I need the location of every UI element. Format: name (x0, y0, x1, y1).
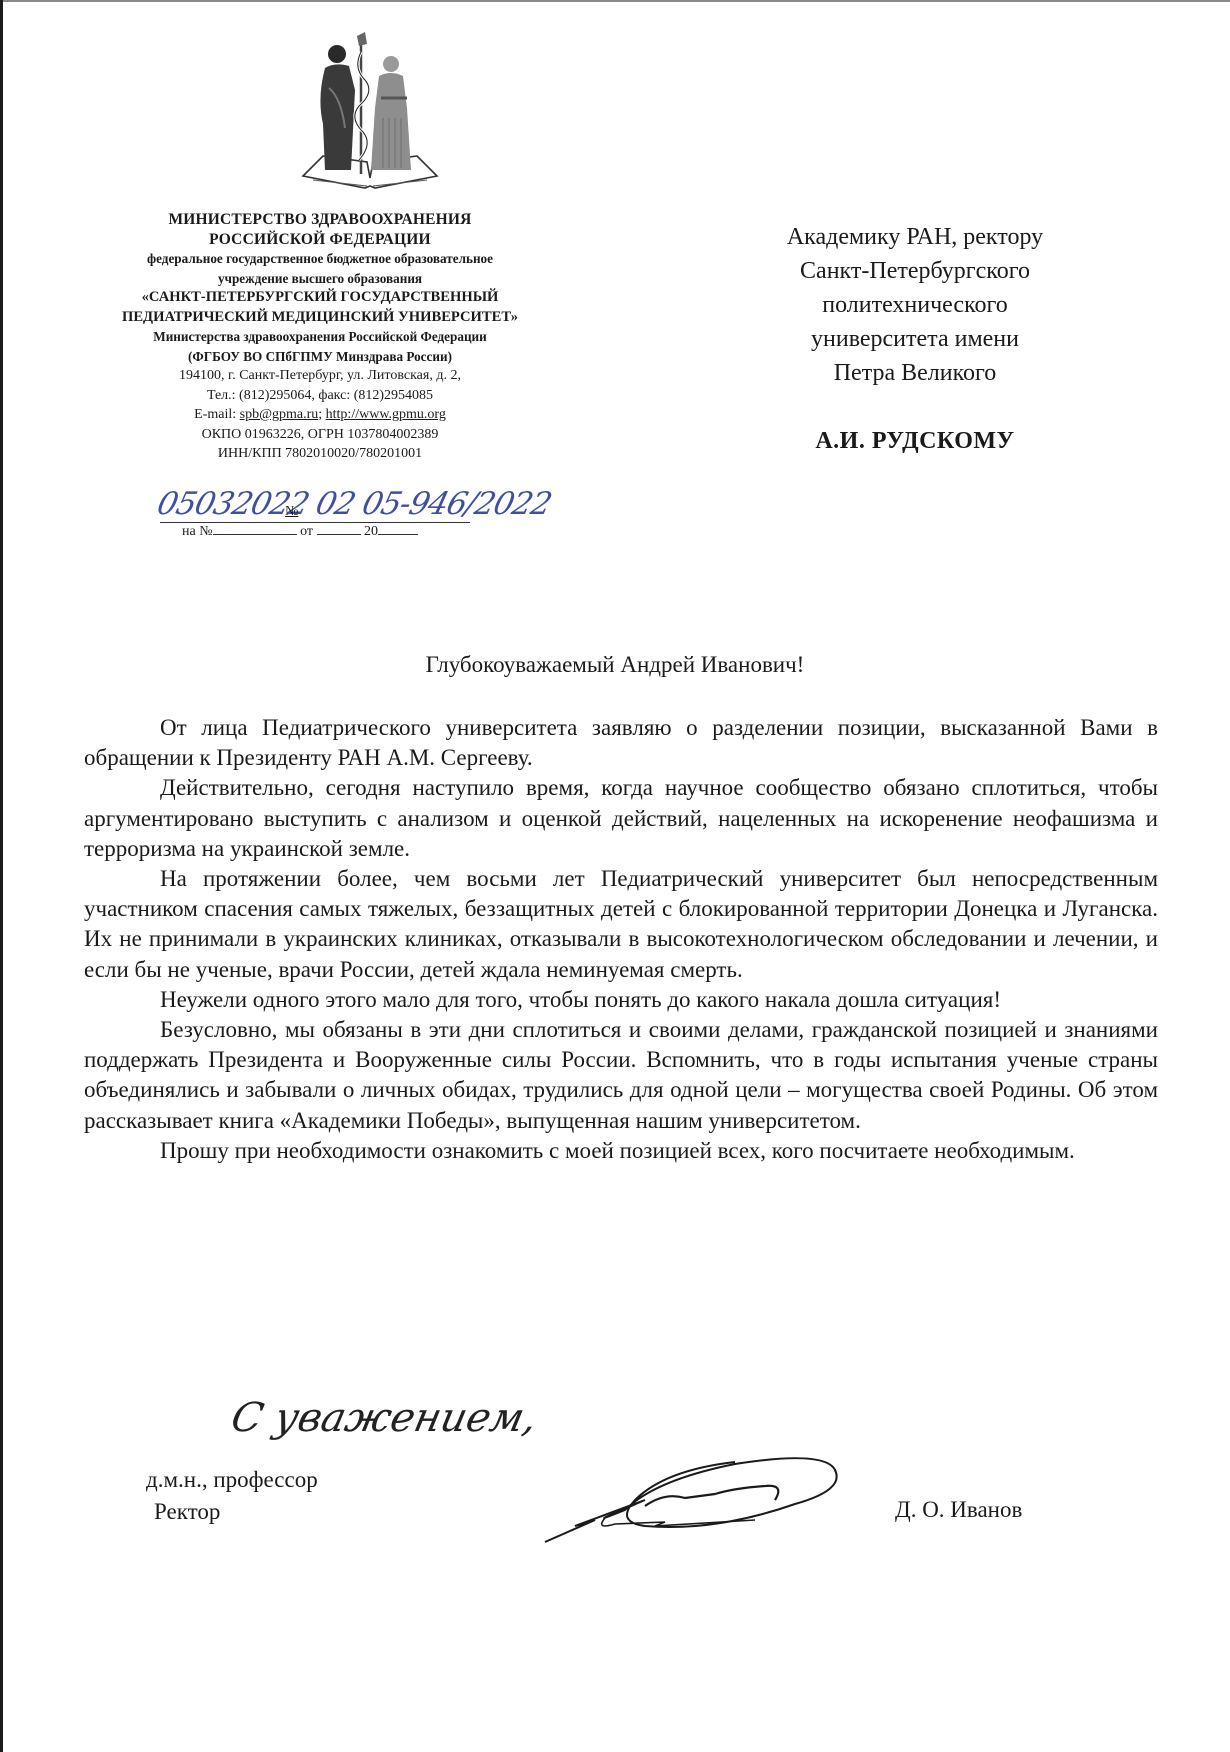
email-label: E-mail: (194, 407, 240, 422)
handwritten-date-number: 05032022 02 05-946/2022 (154, 486, 555, 522)
from-date-blank (317, 520, 361, 535)
university-name-line1: «САНКТ-ПЕТЕРБУРГСКИЙ ГОСУДАРСТВЕННЫЙ (80, 288, 560, 308)
paragraph: Безусловно, мы обязаны в эти дни сплотит… (84, 1015, 1158, 1136)
addressee-line5: Петра Великого (720, 356, 1110, 390)
signer-name: Д. О. Иванов (895, 1497, 1022, 1523)
addressee-line3: политехнического (720, 288, 1110, 322)
paragraph: От лица Педиатрического университета зая… (84, 713, 1158, 773)
paragraph: На протяжении более, чем восьми лет Педи… (84, 864, 1158, 985)
university-emblem-icon (295, 28, 445, 198)
number-label: № (285, 504, 298, 520)
signer-title: д.м.н., профессор Ректор (146, 1464, 318, 1528)
signer-position: Ректор (146, 1496, 318, 1528)
phone-fax: Тел.: (812)295064, факс: (812)2954085 (80, 386, 560, 406)
registration-block: 05032022 02 05-946/2022 № на № от 20 (150, 486, 590, 556)
email-website: E-mail: spb@gpma.ru; http://www.gpmu.org (80, 405, 560, 425)
postal-address: 194100, г. Санкт-Петербург, ул. Литовска… (80, 366, 560, 386)
handwritten-signature-icon (535, 1440, 895, 1550)
scan-left-edge (0, 0, 3, 1752)
addressee-line1: Академику РАН, ректору (720, 220, 1110, 254)
ministry-name-line1: МИНИСТЕРСТВО ЗДРАВООХРАНЕНИЯ (80, 210, 560, 230)
university-name-line2: ПЕДИАТРИЧЕСКИЙ МЕДИЦИНСКИЙ УНИВЕРСИТЕТ» (80, 308, 560, 328)
website-link[interactable]: http://www.gpmu.org (326, 407, 446, 422)
letterhead: МИНИСТЕРСТВО ЗДРАВООХРАНЕНИЯ РОССИЙСКОЙ … (80, 210, 560, 464)
reply-number-blank (213, 520, 297, 535)
letter-body: От лица Педиатрического университета зая… (84, 713, 1158, 1166)
email-link[interactable]: spb@gpma.ru (240, 407, 319, 422)
reply-reference-line: на № от 20 (182, 520, 418, 540)
inn-kpp: ИНН/КПП 7802010020/780201001 (80, 444, 560, 464)
link-separator: ; (318, 407, 325, 422)
subordination: Министерства здравоохранения Российской … (80, 327, 560, 347)
addressee-line2: Санкт-Петербургского (720, 254, 1110, 288)
addressee-line4: университета имени (720, 322, 1110, 356)
addressee-name: А.И. РУДСКОМУ (720, 428, 1110, 455)
salutation: Глубокоуважаемый Андрей Иванович! (0, 652, 1230, 678)
year-blank (378, 520, 418, 535)
signer-rank: д.м.н., профессор (146, 1464, 318, 1496)
institution-type-line1: федеральное государственное бюджетное об… (80, 249, 560, 269)
paragraph: Прошу при необходимости ознакомить с мое… (84, 1136, 1158, 1166)
paragraph: Неужели одного этого мало для того, чтоб… (84, 985, 1158, 1015)
year-label: 20 (364, 524, 378, 539)
from-label: от (300, 524, 313, 539)
scan-top-edge (0, 0, 1230, 2)
registration-codes: ОКПО 01963226, ОГРН 1037804002389 (80, 425, 560, 445)
institution-type-line2: учреждение высшего образования (80, 269, 560, 289)
handwritten-closing: С уважением, (227, 1395, 541, 1441)
addressee-block: Академику РАН, ректору Санкт-Петербургск… (720, 220, 1110, 390)
university-abbreviation: (ФГБОУ ВО СПбГПМУ Минздрава России) (80, 347, 560, 367)
paragraph: Действительно, сегодня наступило время, … (84, 773, 1158, 864)
reply-to-label: на № (182, 524, 213, 539)
ministry-name-line2: РОССИЙСКОЙ ФЕДЕРАЦИИ (80, 230, 560, 250)
